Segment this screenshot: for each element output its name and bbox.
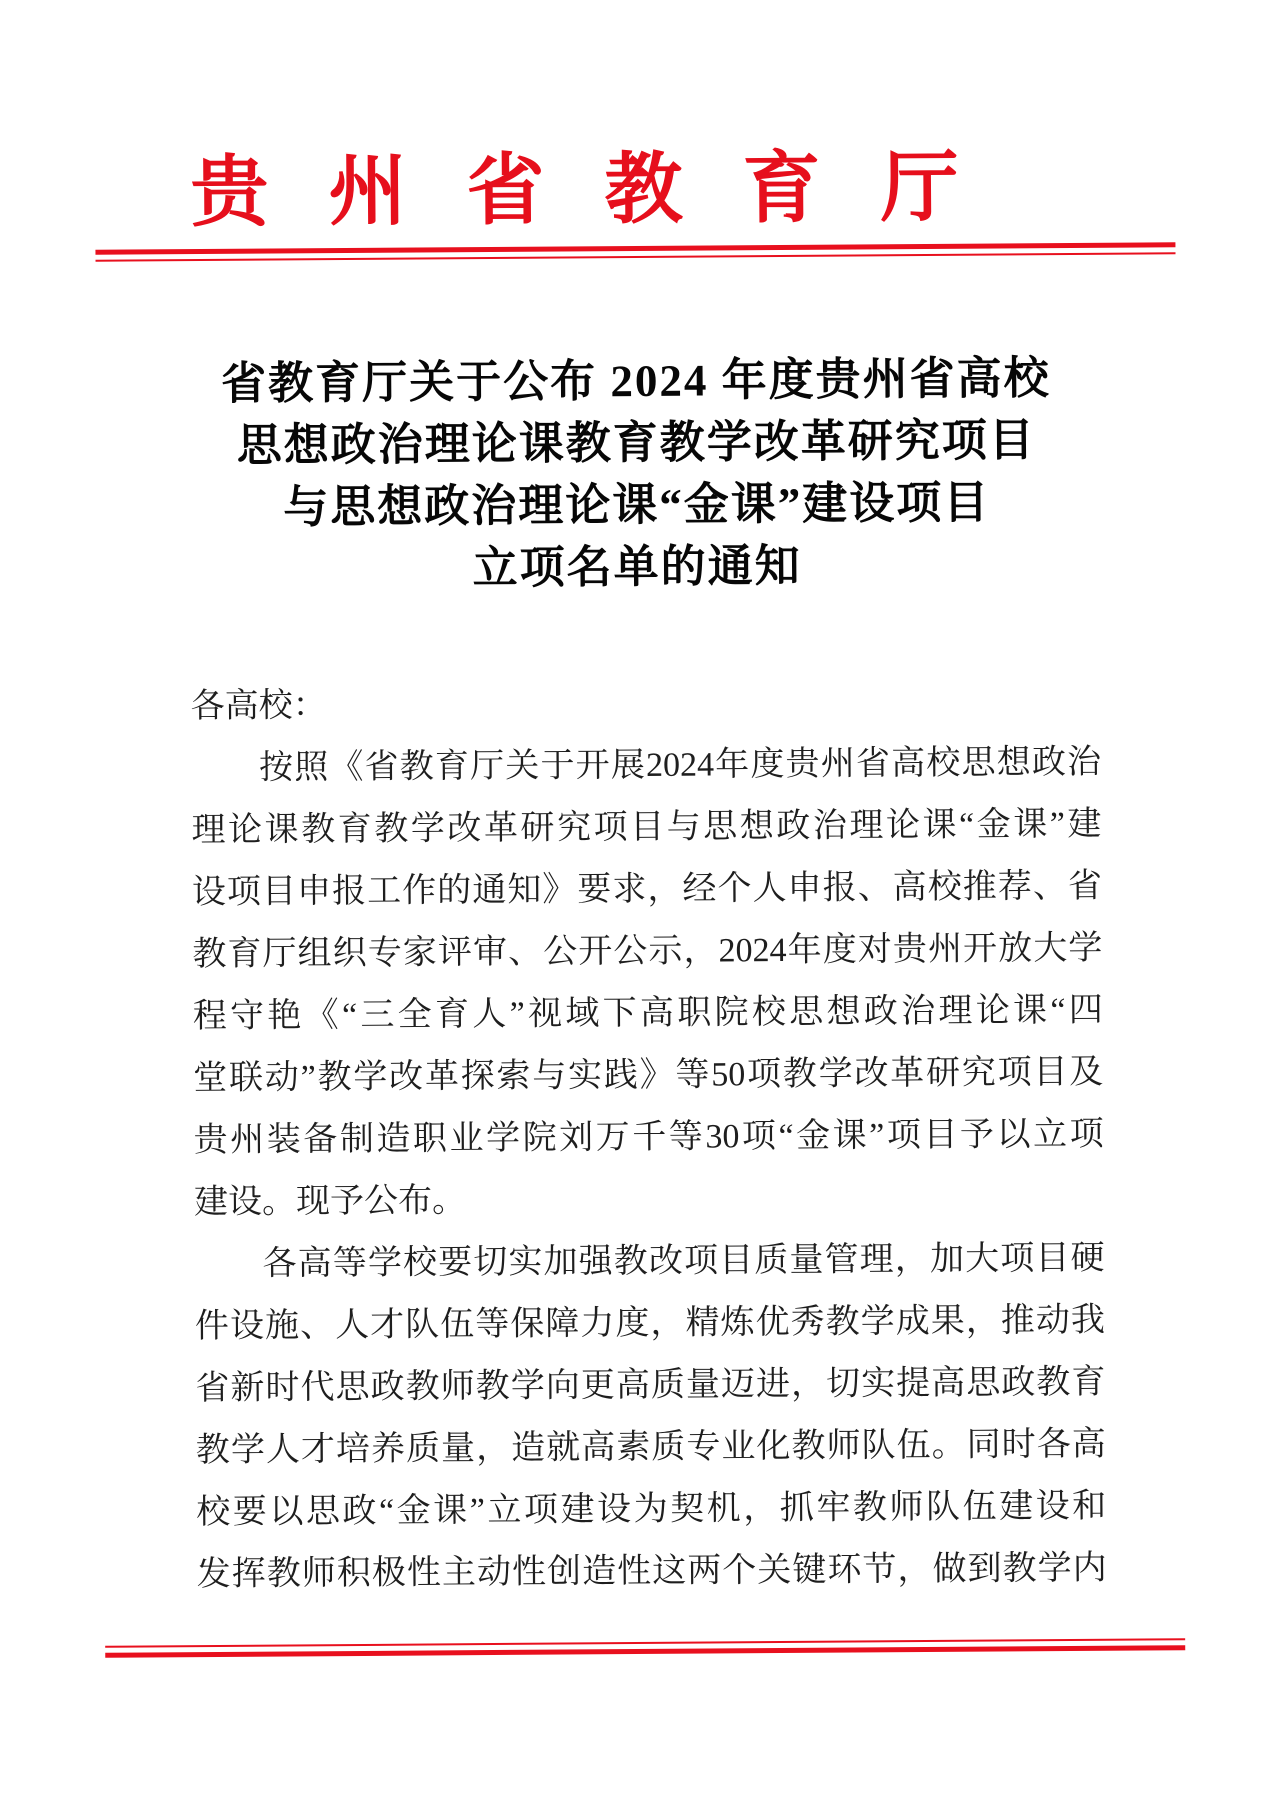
body-line: 设项目申报工作的通知》要求，经个人申报、高校推荐、省 [192, 856, 1102, 924]
document-body: 各高校： 按照《省教育厅关于开展2024年度贵州省高校思想政治 理论课教育教学改… [190, 670, 1106, 1606]
document-page: 贵州省教育厅 省教育厅关于公布 2024 年度贵州省高校 思想政治理论课教育教学… [0, 0, 1279, 1801]
scanned-sheet: 贵州省教育厅 省教育厅关于公布 2024 年度贵州省高校 思想政治理论课教育教学… [0, 0, 1279, 1801]
letterhead-divider [95, 242, 1175, 262]
body-line: 各高等学校要切实加强教改项目质量管理，加大项目硬 [194, 1228, 1104, 1296]
body-line: 省新时代思政教师教学向更高质量迈进，切实提高思政教育 [195, 1352, 1105, 1420]
title-line-3: 与思想政治理论课“金课”建设项目 [57, 470, 1216, 540]
title-line-2: 思想政治理论课教育教学改革研究项目 [57, 408, 1216, 478]
body-line: 按照《省教育厅关于开展2024年度贵州省高校思想政治 [191, 732, 1101, 800]
letterhead-agency-name: 贵州省教育厅 [0, 142, 1214, 238]
body-line: 教学人才培养质量，造就高素质专业化教师队伍。同时各高 [196, 1414, 1106, 1482]
body-line: 建设。现予公布。 [194, 1166, 1104, 1234]
body-line: 贵州装备制造职业学院刘万千等30项“金课”项目予以立项 [193, 1104, 1103, 1172]
body-line: 理论课教育教学改革研究项目与思想政治理论课“金课”建 [191, 794, 1101, 862]
document-title: 省教育厅关于公布 2024 年度贵州省高校 思想政治理论课教育教学改革研究项目 … [56, 346, 1217, 602]
body-line: 件设施、人才队伍等保障力度，精炼优秀教学成果，推动我 [195, 1290, 1105, 1358]
title-line-1: 省教育厅关于公布 2024 年度贵州省高校 [56, 346, 1215, 416]
body-line: 程守艳《“三全育人”视域下高职院校思想政治理论课“四 [193, 980, 1103, 1048]
salutation-line: 各高校： [190, 670, 1100, 738]
body-line: 堂联动”教学改革探索与实践》等50项教学改革研究项目及 [193, 1042, 1103, 1110]
body-line: 校要以思政“金课”立项建设为契机，抓牢教师队伍建设和 [196, 1476, 1106, 1544]
title-line-4: 立项名单的通知 [57, 532, 1216, 602]
body-line: 教育厅组织专家评审、公开公示，2024年度对贵州开放大学 [192, 918, 1102, 986]
body-line: 发挥教师积极性主动性创造性这两个关键环节，做到教学内 [196, 1538, 1106, 1606]
footer-divider [105, 1638, 1185, 1658]
